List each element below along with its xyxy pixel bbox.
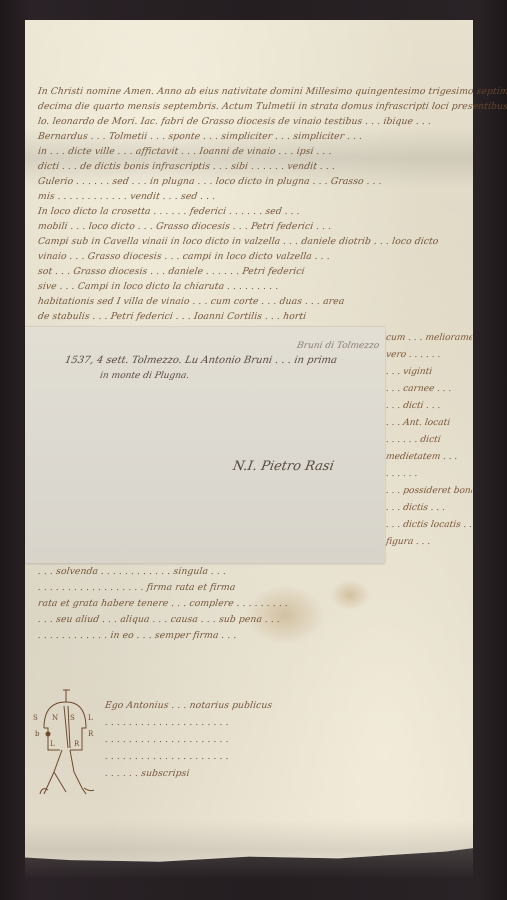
text-line: In Christi nomine Amen. Anno ab eius nat… bbox=[37, 86, 507, 97]
text-line: decima die quarto mensis septembris. Act… bbox=[37, 101, 507, 112]
text-line: habitationis sed I villa de vinaio . . .… bbox=[37, 296, 345, 307]
margin-line: . . . Ant. locati bbox=[385, 418, 472, 428]
sign-letter: S bbox=[33, 714, 38, 722]
sign-letter: L bbox=[88, 714, 93, 722]
water-stain bbox=[330, 580, 370, 610]
text-line: dicti . . . de dictis bonis infrascripti… bbox=[37, 161, 336, 172]
text-line: in . . . dicte ville . . . affictavit . … bbox=[37, 146, 332, 157]
margin-line: . . . . . . bbox=[385, 469, 472, 479]
note-line-2: in monte di Plugna. bbox=[99, 371, 190, 381]
sign-letter: L bbox=[50, 740, 55, 748]
text-line: lo. leonardo de Mori. Iac. fabri de Gras… bbox=[37, 116, 432, 127]
fold-line bbox=[25, 820, 473, 880]
subscription-line: . . . . . . . . . . . . . . . . . . . . … bbox=[104, 734, 229, 745]
sign-letter: S bbox=[70, 714, 75, 722]
text-line: mis . . . . . . . . . . . . vendit . . .… bbox=[37, 191, 216, 202]
sign-letter: N bbox=[52, 714, 58, 722]
subscription-line: . . . . . . . . . . . . . . . . . . . . … bbox=[104, 751, 229, 762]
text-line: . . . . . . . . . . . . . . . . . . firm… bbox=[37, 582, 236, 593]
subscription-line: Ego Antonius . . . notarius publicus bbox=[104, 700, 273, 711]
margin-line: medietatem . . . bbox=[385, 452, 472, 462]
margin-line: . . . carnee . . . bbox=[385, 384, 472, 394]
margin-line: . . . viginti bbox=[385, 367, 472, 377]
text-line: de stabulis . . . Petri federici . . . I… bbox=[37, 311, 307, 322]
text-line: . . . solvenda . . . . . . . . . . . . s… bbox=[37, 566, 227, 577]
sign-letter: R bbox=[88, 730, 93, 738]
text-line: Campi sub in Cavella vinaii in loco dict… bbox=[37, 236, 439, 247]
margin-line: figura . . . bbox=[385, 537, 472, 547]
text-line: In loco dicto la crosetta . . . . . . fe… bbox=[37, 206, 300, 217]
sign-letter: b bbox=[35, 730, 39, 738]
text-line: . . . . . . . . . . . . in eo . . . semp… bbox=[37, 630, 237, 641]
text-line: sot . . . Grasso diocesis . . . daniele … bbox=[37, 266, 305, 277]
margin-line: . . . dicti . . . bbox=[385, 401, 472, 411]
margin-line: vero . . . . . . bbox=[385, 350, 472, 360]
text-line: mobili . . . loco dicto . . . Grasso dio… bbox=[37, 221, 332, 232]
notary-sign-icon: S N S L b R L R bbox=[30, 688, 100, 806]
subscription-line: . . . . . . subscripsi bbox=[104, 768, 190, 779]
text-line: rata et grata habere tenere . . . comple… bbox=[37, 598, 289, 609]
text-line: vinaio . . . Grasso diocesis . . . campi… bbox=[37, 251, 331, 262]
margin-line: . . . . . . dicti bbox=[385, 435, 472, 445]
margin-line: . . . dictis . . . bbox=[385, 503, 472, 513]
text-line: Bernardus . . . Tolmetii . . . sponte . … bbox=[37, 131, 363, 142]
text-line: . . . seu aliud . . . aliqua . . . causa… bbox=[37, 614, 281, 625]
margin-line: . . . dictis locatis . . . bbox=[385, 520, 472, 530]
subscription-line: . . . . . . . . . . . . . . . . . . . . … bbox=[104, 717, 229, 728]
text-line: sive . . . Campi in loco dicto la chiaru… bbox=[37, 281, 279, 292]
margin-line: . . . possideret bona bbox=[385, 486, 472, 496]
note-heading-annotation: Bruni di Tolmezzo bbox=[296, 341, 380, 351]
glued-paper-note: Bruni di Tolmezzo 1537, 4 sett. Tolmezzo… bbox=[25, 327, 385, 563]
note-line-1: 1537, 4 sett. Tolmezzo. Lu Antonio Bruni… bbox=[64, 355, 338, 366]
text-line: Gulerio . . . . . . sed . . . in plugna … bbox=[37, 176, 382, 187]
margin-line: cum . . . melioramentis bbox=[385, 333, 472, 343]
note-signature: N.I. Pietro Rasi bbox=[232, 459, 335, 474]
sign-letter: R bbox=[74, 740, 79, 748]
